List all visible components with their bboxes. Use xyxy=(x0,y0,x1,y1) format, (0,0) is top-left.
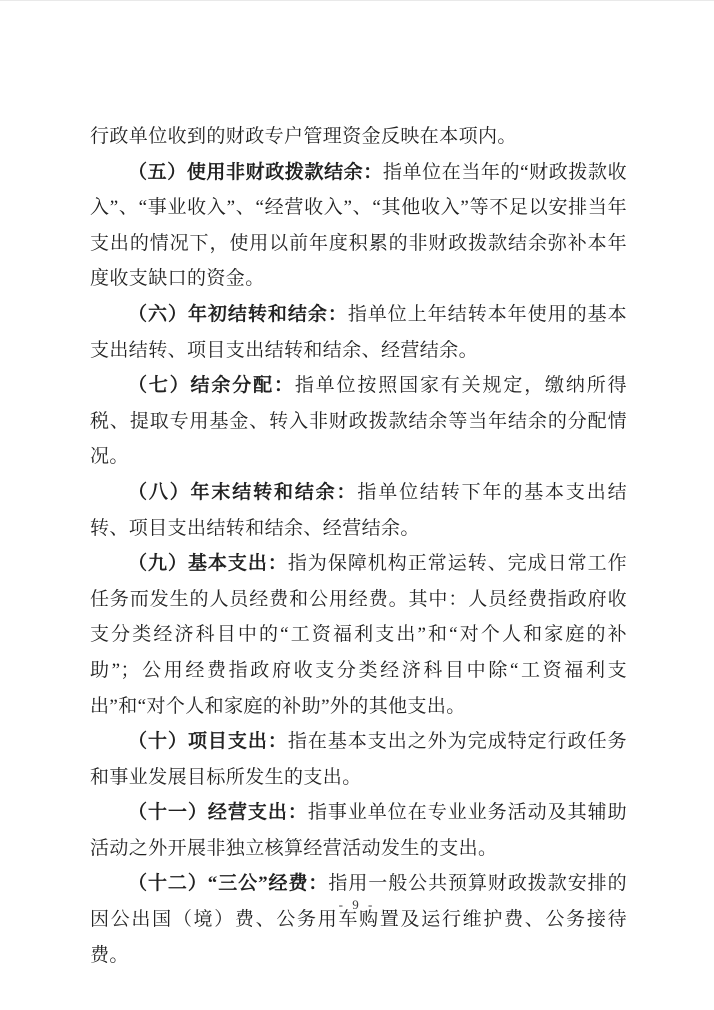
paragraph-item-8: （八）年末结转和结余：指单位结转下年的基本支出结转、项目支出结转和结余、经营结余… xyxy=(90,475,627,546)
paragraph-lead: （五）使用非财政拨款结余： xyxy=(128,162,383,183)
paragraph-continuation: 行政单位收到的财政专户管理资金反映在本项内。 xyxy=(90,119,627,155)
paragraph-lead: （七）结余分配： xyxy=(128,375,295,396)
page-number: - 9 - xyxy=(339,897,376,912)
paragraph-lead: （九）基本支出： xyxy=(128,553,288,574)
paragraph-lead: （六）年初结转和结余： xyxy=(128,304,348,325)
page-top-edge xyxy=(0,0,714,1)
paragraph-item-5: （五）使用非财政拨款结余：指单位在当年的“财政拨款收入”、“事业收入”、“经营收… xyxy=(90,155,627,297)
paragraph-item-6: （六）年初结转和结余：指单位上年结转本年使用的基本支出结转、项目支出结转和结余、… xyxy=(90,297,627,368)
document-page: { "document": { "language": "zh-CN", "pa… xyxy=(0,0,714,1010)
paragraph-item-11: （十一）经营支出：指事业单位在专业业务活动及其辅助活动之外开展非独立核算经营活动… xyxy=(90,795,627,866)
paragraph-lead: （八）年末结转和结余： xyxy=(128,482,357,503)
paragraph-lead: （十二）“三公”经费： xyxy=(128,873,328,894)
paragraph-lead: （十）项目支出： xyxy=(128,731,288,752)
document-body: 行政单位收到的财政专户管理资金反映在本项内。 （五）使用非财政拨款结余：指单位在… xyxy=(90,119,627,973)
paragraph-item-10: （十）项目支出：指在基本支出之外为完成特定行政任务和事业发展目标所发生的支出。 xyxy=(90,724,627,795)
paragraph-item-9: （九）基本支出：指为保障机构正常运转、完成日常工作任务而发生的人员经费和公用经费… xyxy=(90,546,627,724)
page-footer: - 9 - xyxy=(0,895,714,915)
paragraph-body: 行政单位收到的财政专户管理资金反映在本项内。 xyxy=(90,126,517,147)
paragraph-item-7: （七）结余分配：指单位按照国家有关规定，缴纳所得税、提取专用基金、转入非财政拨款… xyxy=(90,368,627,475)
paragraph-lead: （十一）经营支出： xyxy=(128,802,308,823)
paragraph-body: 指为保障机构正常运转、完成日常工作任务而发生的人员经费和公用经费。其中：人员经费… xyxy=(90,553,627,716)
paragraph-item-12: （十二）“三公”经费：指用一般公共预算财政拨款安排的因公出国（境）费、公务用车购… xyxy=(90,866,627,973)
